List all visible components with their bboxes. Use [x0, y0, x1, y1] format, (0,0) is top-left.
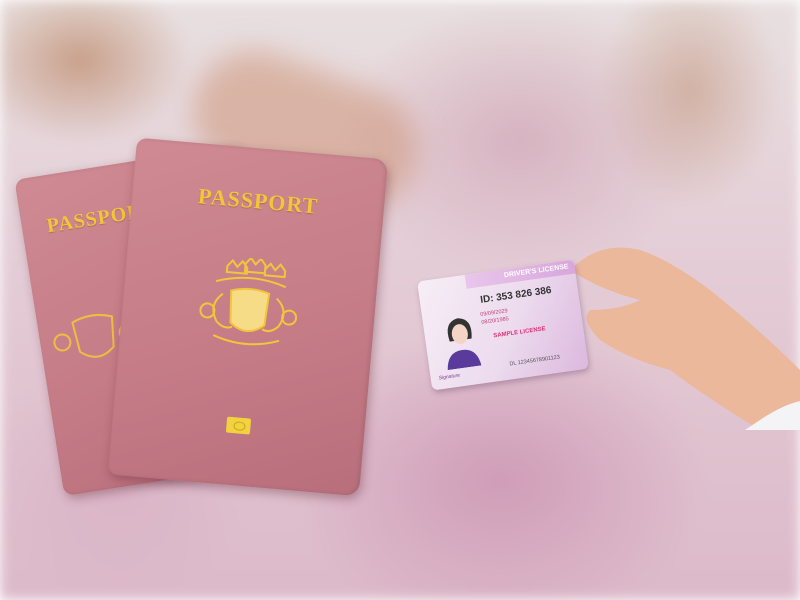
chip-icon	[226, 417, 251, 435]
passport-front: PASSPORT	[108, 138, 388, 497]
drivers-license-card: DRIVER'S LICENSE ID: 353 826 386 09/09/2…	[417, 260, 589, 391]
passport-front-title: PASSPORT	[131, 178, 384, 226]
license-signature: Signature	[438, 373, 460, 382]
crest-icon	[190, 253, 308, 362]
license-number: DL 12345678901123	[509, 354, 560, 367]
license-sample-label: SAMPLE LICENSE	[493, 326, 546, 339]
license-dates: 09/09/2029 08/20/1985	[480, 307, 509, 327]
hand	[560, 230, 800, 430]
person-avatar-icon	[436, 307, 486, 370]
license-id: ID: 353 826 386	[480, 285, 553, 306]
